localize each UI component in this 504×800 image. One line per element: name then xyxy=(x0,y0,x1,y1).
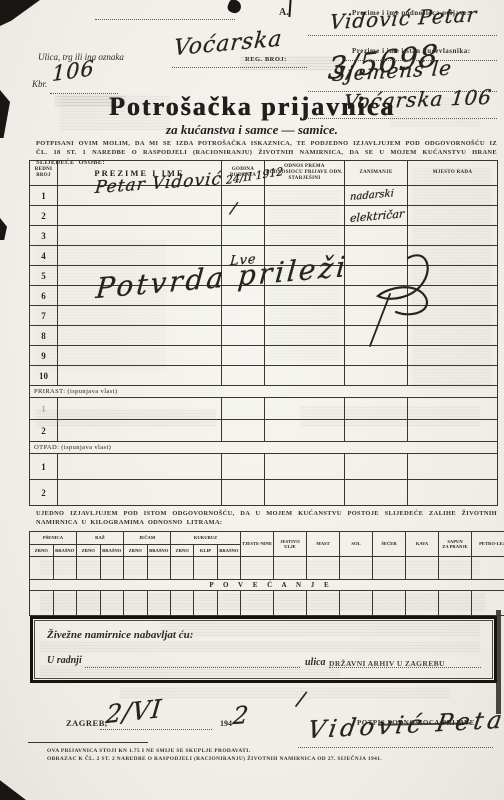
person-cell xyxy=(408,226,498,246)
supplies-value-cell xyxy=(472,591,504,616)
kbr-handwritten: 106 xyxy=(52,56,96,86)
empty-cell xyxy=(265,480,345,506)
person-cell xyxy=(345,366,408,386)
applicant-handwritten: Vidović Petar xyxy=(329,2,478,34)
person-cell xyxy=(58,226,222,246)
supplies-sub-header: ZRNO xyxy=(171,545,194,557)
supplies-value-cell xyxy=(194,591,217,616)
person-row: 3 xyxy=(30,226,498,246)
supplies-value-cell xyxy=(171,557,194,580)
supplies-value-cell xyxy=(30,557,54,580)
signature-flourish xyxy=(330,246,440,351)
supplies-value-cell xyxy=(241,557,274,580)
row-number: 2 xyxy=(30,420,58,442)
ghost-streak xyxy=(120,688,450,698)
supplies-value-cell xyxy=(340,557,373,580)
person-cell xyxy=(222,206,265,226)
supplies-sub-header: BRAŠNO xyxy=(147,545,171,557)
scan-mark-left-edge-2 xyxy=(0,218,7,240)
archive-stamp: DRŽAVNI ARHIV U ZAGREBU xyxy=(329,659,445,668)
person-cell xyxy=(58,306,222,326)
empty-cell xyxy=(408,420,498,442)
empty-cell xyxy=(222,454,265,480)
persons-col-header: MJESTO RADA xyxy=(408,161,498,186)
supplies-value-cell xyxy=(30,591,54,616)
supplies-value-cell xyxy=(472,557,504,580)
empty-cell xyxy=(265,398,345,420)
supplies-sub-header: BRAŠNO xyxy=(100,545,124,557)
supplies-value-cell xyxy=(124,557,148,580)
supplies-single-header: PETRO‑LEJ xyxy=(472,532,504,557)
supplies-value-cell xyxy=(373,591,406,616)
scanned-form-page: A. Prezime i ime podnosioca prijave: Vid… xyxy=(0,0,504,800)
supplies-single-header: JESTIVO ULJE xyxy=(274,532,307,557)
person-cell xyxy=(58,206,222,226)
empty-cell xyxy=(408,480,498,506)
section-label: OTPAD: (ispunjava vlast) xyxy=(30,442,498,454)
supplies-sub-header: BRAŠNO xyxy=(217,545,240,557)
footer-line2: OBRAZAC K ČL. 2 ST. 2 NAREDBE O RASPODJE… xyxy=(47,756,382,762)
supplies-value-cell xyxy=(100,591,124,616)
supplies-value-cell xyxy=(77,591,101,616)
person-cell xyxy=(58,326,222,346)
supplies-value-cell xyxy=(340,591,373,616)
empty-cell xyxy=(345,480,408,506)
date-handwritten: 2/VI xyxy=(104,694,163,729)
section-letter: A. xyxy=(279,7,289,18)
supplies-value-cell xyxy=(406,591,439,616)
footer-line1: OVA PRIJAVNICA STOJI KN 1.75 I NE SMIJE … xyxy=(47,748,251,754)
empty-cell xyxy=(58,420,222,442)
scan-mark-top-left xyxy=(0,0,40,26)
empty-cell xyxy=(58,480,222,506)
person-cell xyxy=(222,326,265,346)
procurement-line-prefix: U radnji xyxy=(47,655,82,666)
supplies-group-header: PŠENICA xyxy=(30,532,77,545)
row-number: 1 xyxy=(30,454,58,480)
scan-mark-blob xyxy=(226,0,243,15)
supplies-sub-header: BRAŠNO xyxy=(53,545,77,557)
empty-cell xyxy=(408,454,498,480)
empty-cell xyxy=(222,420,265,442)
supplies-value-cell xyxy=(274,557,307,580)
row-number: 9 xyxy=(30,346,58,366)
supplies-value-cell xyxy=(307,591,340,616)
form-subtitle: za kućanstva i samce — samice. xyxy=(0,122,504,138)
person-cell xyxy=(265,226,345,246)
supplies-value-cell xyxy=(194,557,217,580)
empty-cell xyxy=(222,398,265,420)
dotted-line xyxy=(95,18,235,20)
person-cell xyxy=(222,306,265,326)
person-row: 2 xyxy=(30,206,498,226)
supplies-value-cell xyxy=(147,557,171,580)
supplies-value-cell xyxy=(373,557,406,580)
persons-col-header: REDNI BROJ xyxy=(30,161,58,186)
form-title: Potrošačka prijavnica xyxy=(0,92,504,122)
supplies-sub-header: KLIP xyxy=(194,545,217,557)
supplies-group-header: RAŽ xyxy=(77,532,124,545)
empty-cell xyxy=(345,454,408,480)
persons-col-header: ZANIMANJE xyxy=(345,161,408,186)
supplies-paragraph: UJEDNO IZJAVLJUJEM POD ISTOM ODGOVORNOŠĆ… xyxy=(36,509,497,528)
dotted-line xyxy=(308,34,497,36)
row-number: 2 xyxy=(30,480,58,506)
person-cell xyxy=(408,206,498,226)
row-number: 3 xyxy=(30,226,58,246)
row-number: 4 xyxy=(30,246,58,266)
empty-cell xyxy=(345,398,408,420)
empty-cell xyxy=(58,398,222,420)
kbr-label: Kbr. xyxy=(32,79,47,89)
section-row: 2 xyxy=(30,480,498,506)
person-cell xyxy=(265,186,345,206)
dotted-line xyxy=(172,66,307,68)
supplies-sub-header: ZRNO xyxy=(124,545,148,557)
povecanje-label: P O V E Ć A N J E xyxy=(30,580,504,591)
row-number: 5 xyxy=(30,266,58,286)
supplies-single-header: ŠEĆER xyxy=(373,532,406,557)
empty-cell xyxy=(265,454,345,480)
supplies-value-cell xyxy=(100,557,124,580)
section-row: 2 xyxy=(30,420,498,442)
supplies-value-cell xyxy=(241,591,274,616)
dotted-line xyxy=(85,666,300,668)
dotted-line xyxy=(298,746,493,748)
signature-handwritten: Vidović Petar xyxy=(306,705,504,744)
empty-cell xyxy=(222,480,265,506)
reg-broj-label: REG. BROJ: xyxy=(245,56,287,63)
year-printed: 194 xyxy=(220,719,232,728)
row-number: 7 xyxy=(30,306,58,326)
person-cell xyxy=(58,366,222,386)
supplies-value-cell xyxy=(217,591,240,616)
procurement-title: Živežne namirnice nabavljat ću: xyxy=(47,629,193,641)
supplies-value-cell xyxy=(439,591,472,616)
supplies-value-cell xyxy=(406,557,439,580)
procurement-line-mid: ulica xyxy=(305,657,326,668)
procurement-box: Živežne namirnice nabavljat ću: U radnji… xyxy=(30,616,497,683)
empty-cell xyxy=(408,398,498,420)
person-cell xyxy=(58,346,222,366)
supplies-sub-header: ZRNO xyxy=(77,545,101,557)
empty-cell xyxy=(265,420,345,442)
section-row: 1 xyxy=(30,454,498,480)
person-row: 10 xyxy=(30,366,498,386)
supplies-value-cell xyxy=(217,557,240,580)
landlord-label: Prezime i ime i stan kućevlasnika: xyxy=(352,47,471,55)
dotted-line xyxy=(100,728,212,730)
supplies-value-cell xyxy=(274,591,307,616)
section-row: 1 xyxy=(30,398,498,420)
person-cell xyxy=(408,366,498,386)
landlord-handwritten-1: Sjemenš le xyxy=(331,56,453,86)
rule-line xyxy=(28,742,148,743)
person-cell xyxy=(408,186,498,206)
row-number: 6 xyxy=(30,286,58,306)
supplies-value-cell xyxy=(307,557,340,580)
supplies-sub-header: ZRNO xyxy=(30,545,54,557)
supplies-group-header: KUKURUZ xyxy=(171,532,241,545)
supplies-table: PŠENICARAŽJEČAMKUKURUZTJESTE‑NINEJESTIVO… xyxy=(29,531,504,616)
supplies-value-cell xyxy=(77,557,101,580)
supplies-group-header: JEČAM xyxy=(124,532,171,545)
supplies-value-cell xyxy=(124,591,148,616)
supplies-single-header: SOL xyxy=(340,532,373,557)
supplies-single-header: MAST xyxy=(307,532,340,557)
row-number: 1 xyxy=(30,186,58,206)
supplies-value-cell xyxy=(53,557,77,580)
person-cell xyxy=(265,366,345,386)
scan-mark-bottom-left xyxy=(0,764,26,800)
person-cell xyxy=(345,226,408,246)
person-cell xyxy=(222,226,265,246)
city-label: ZAGREB, xyxy=(66,718,108,728)
empty-cell xyxy=(58,454,222,480)
row-number: 2 xyxy=(30,206,58,226)
row-number: 10 xyxy=(30,366,58,386)
person-cell xyxy=(222,186,265,206)
person-cell xyxy=(265,206,345,226)
supplies-value-cell xyxy=(171,591,194,616)
supplies-single-header: SAPUN ZA PRANJE xyxy=(439,532,472,557)
supplies-value-cell xyxy=(439,557,472,580)
supplies-value-cell xyxy=(147,591,171,616)
supplies-value-cell xyxy=(53,591,77,616)
section-label: PRIRAST: (ispunjava vlast) xyxy=(30,386,498,398)
supplies-single-header: TJESTE‑NINE xyxy=(241,532,274,557)
person-cell xyxy=(222,366,265,386)
row-number: 1 xyxy=(30,398,58,420)
empty-cell xyxy=(345,420,408,442)
year-handwritten: 2 xyxy=(232,701,251,730)
person-cell xyxy=(222,346,265,366)
supplies-single-header: KAVA xyxy=(406,532,439,557)
row-number: 8 xyxy=(30,326,58,346)
